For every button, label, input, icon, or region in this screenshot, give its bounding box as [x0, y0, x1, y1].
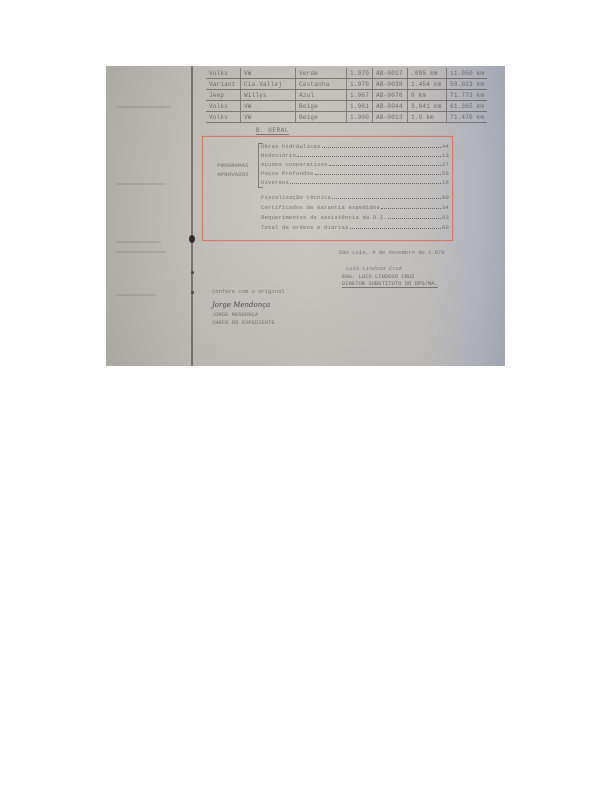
dot-leader [315, 174, 441, 175]
table-cell: .095 km [408, 68, 447, 79]
certifier-name: JORGE MENDONÇA [212, 311, 258, 318]
certification-signature: Jorge Mendonça [212, 301, 270, 309]
table-row: VolksVWBeige1.900AB-00131.0 km71.470 km [206, 112, 487, 123]
bleed-through-text [116, 241, 161, 243]
list-item: Obras hidráulicas44 [261, 141, 449, 150]
table-cell: 11.050 km [447, 68, 488, 79]
table-cell: 71.773 km [447, 90, 488, 101]
table-cell: VW [241, 101, 296, 112]
table-cell: Volks [206, 101, 241, 112]
item-value: 16 [442, 179, 449, 186]
table-cell: 1.0 km [408, 112, 447, 123]
section-title: B. GERAL [256, 127, 289, 134]
page-fold-line [191, 66, 193, 366]
table-cell: 0 km [408, 90, 447, 101]
certifier-role: CHEFE DO EXPEDIENTE [212, 319, 275, 326]
item-value: 03 [442, 214, 449, 221]
dot-leader [350, 228, 441, 229]
table-cell: VW [241, 68, 296, 79]
table-cell: 1.970 [347, 68, 373, 79]
table-cell: AB-0013 [373, 112, 408, 123]
dot-leader [332, 198, 441, 199]
item-value: 44 [442, 143, 449, 150]
table-cell: AB-0038 [373, 79, 408, 90]
bleed-through-text [116, 251, 166, 253]
bleed-through-text [116, 106, 171, 108]
item-label: Rodoviário [261, 152, 296, 159]
dot-leader [388, 218, 441, 219]
table-cell: Azul [296, 90, 347, 101]
dot-leader [381, 208, 441, 209]
item-value: 00 [442, 194, 449, 201]
document-photo: VolksVWVerde1.970AB-0017.095 km11.050 km… [106, 66, 505, 366]
item-value: 27 [442, 161, 449, 168]
table-cell: 1.970 [347, 79, 373, 90]
item-value: 13 [442, 152, 449, 159]
dot-leader [322, 147, 441, 148]
punch-hole [189, 235, 195, 243]
item-value: 00 [442, 224, 449, 231]
table-row: VolksVWBeige1.961AB-00443.041 km61.365 k… [206, 101, 487, 112]
list-item: Fiscalização técnica00 [261, 192, 449, 201]
certification-text: Confere com o original [212, 288, 285, 295]
item-label: Obras hidráulicas [261, 143, 321, 150]
signatory-name: ENG. LUIS LINDOSO CRUZ [342, 273, 415, 280]
table-cell: 61.365 km [447, 101, 488, 112]
table-cell: AB-0017 [373, 68, 408, 79]
item-label: Poços Profundos [261, 170, 314, 177]
list-item: Total de ordens e diárias00 [261, 222, 449, 231]
item-label: Fiscalização técnica [261, 194, 331, 201]
list-item: Rodoviário13 [261, 150, 449, 159]
table-cell: Jeep [206, 90, 241, 101]
staple-mark [191, 291, 194, 294]
table-row: VariantCia.VallejCastanha1.970AB-00381.4… [206, 79, 487, 90]
table-cell: Beige [296, 112, 347, 123]
signature-scribble: Luís Lindoso Cruz [346, 265, 402, 272]
list-item: Poços Profundos56 [261, 168, 449, 177]
table-cell: 1.967 [347, 90, 373, 101]
staple-mark [191, 271, 194, 274]
item-label: Diversos [261, 179, 289, 186]
table-cell: 3.041 km [408, 101, 447, 112]
table-cell: 58.023 km [447, 79, 488, 90]
item-label: Total de ordens e diárias [261, 224, 349, 231]
table-cell: AB-0076 [373, 90, 408, 101]
dot-leader [329, 165, 441, 166]
table-row: JeepWillysAzul1.967AB-00760 km71.773 km [206, 90, 487, 101]
list-item: Requerimentos de assistência da D.I.03 [261, 212, 449, 221]
bleed-through-text [116, 183, 166, 185]
table-cell: AB-0044 [373, 101, 408, 112]
vehicle-table: VolksVWVerde1.970AB-0017.095 km11.050 km… [206, 68, 487, 123]
item-value: 56 [442, 170, 449, 177]
table-cell: Volks [206, 68, 241, 79]
table-cell: VW [241, 112, 296, 123]
table-cell: 1.961 [347, 101, 373, 112]
table-cell: Castanha [296, 79, 347, 90]
table-cell: Variant [206, 79, 241, 90]
table-cell: Beige [296, 101, 347, 112]
bleed-through-text [116, 294, 156, 296]
item-label: Requerimentos de assistência da D.I. [261, 214, 387, 221]
item-label: Certificados de Garantia expedidos [261, 204, 380, 211]
table-row: VolksVWVerde1.970AB-0017.095 km11.050 km [206, 68, 487, 79]
list-item: Açudes cooperativos27 [261, 159, 449, 168]
table-cell: Willys [241, 90, 296, 101]
item-label: Açudes cooperativos [261, 161, 328, 168]
table-cell: 1.454 km [408, 79, 447, 90]
dot-leader [290, 183, 441, 184]
table-cell: Verde [296, 68, 347, 79]
table-cell: Volks [206, 112, 241, 123]
table-cell: 1.900 [347, 112, 373, 123]
list-item: Diversos16 [261, 177, 449, 186]
highlight-box: PROGRAMAS APROVADOS Obras hidráulicas44R… [202, 136, 453, 241]
dot-leader [297, 156, 441, 157]
table-cell: 71.470 km [447, 112, 488, 123]
list-item: Certificados de Garantia expedidos34 [261, 202, 449, 211]
programs-label: PROGRAMAS APROVADOS [211, 161, 255, 179]
signatory-title: DIRETOR SUBSTITUTO DO DPS/MA. [342, 280, 438, 287]
table-cell: Cia.Vallej [241, 79, 296, 90]
item-value: 34 [442, 204, 449, 211]
date-line: São Luís, 4 de novembro de 1.970 [339, 249, 445, 256]
